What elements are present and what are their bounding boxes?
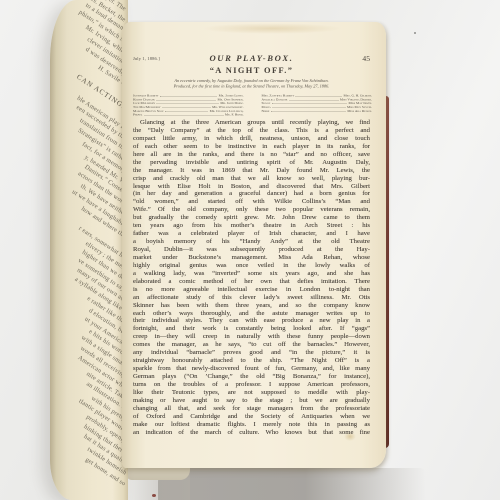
leader-dots (156, 100, 216, 101)
body-line: their individual styles. They can with e… (133, 317, 370, 325)
body-line: making or have aught to say to the stage… (133, 397, 370, 405)
dust-speck (414, 32, 416, 34)
leader-dots (271, 111, 346, 112)
body-line: each other’s ways thoroughly, and the as… (133, 310, 370, 318)
cast-column-right: Mrs. Zantippa BabbittMrs. G. H. Gilbert.… (262, 94, 373, 117)
body-line: straightway honourably attached to the s… (133, 357, 370, 365)
cast-actor: Miss Ada Rehan. (347, 109, 372, 113)
body-line: like their Teutonic types, are not suppo… (133, 389, 370, 397)
leader-dots (160, 96, 217, 97)
leader-dots (162, 108, 211, 109)
left-page-curled: t.ekeeper. Thed Mrs. Becket, theto a lou… (50, 0, 128, 500)
body-line: of each other seem to be instinctive in … (133, 143, 370, 151)
body-line: ten years ago from his mother’s theatre … (133, 222, 370, 230)
table-shadow (158, 468, 426, 500)
body-line: elaborated a comic method of her own tha… (133, 278, 370, 286)
body-line: Royal, Dublin—it was subsequently produc… (133, 246, 370, 254)
body-line: sparkle from that newly-discovered fount… (133, 365, 370, 373)
open-book-photo: t.ekeeper. Thed Mrs. Becket, theto a lou… (0, 0, 500, 500)
body-line: is no more agreeable intellectual exerci… (133, 286, 370, 294)
body-line: (in her day and generation a graceful da… (133, 190, 370, 198)
article-subtitle: An eccentric comedy, by Augustin Daly, f… (133, 78, 370, 89)
body-line: crisp and crackly old man that we all kn… (133, 175, 370, 183)
body-line: “old women,” and started off with Wilkie… (133, 198, 370, 206)
body-line: Skinner has been with them three years, … (133, 302, 370, 310)
leader-dots (144, 115, 224, 116)
page-number: 45 (348, 54, 370, 63)
dust-speck (152, 494, 156, 497)
body-line: market under Buckstone’s management. Mis… (133, 254, 370, 262)
body-line: a walking lady, was “inverted” some six … (133, 270, 370, 278)
body-line: fortnight, and their work is constantly … (133, 325, 370, 333)
right-page: July 1, 1886.] OUR PLAY-BOX. 45 “A NIGHT… (122, 22, 386, 468)
body-line: Glancing at the three American groups un… (133, 119, 370, 127)
cast-list: Justinian BabbittMr. James Lewis.Harry D… (133, 94, 372, 117)
article-body: Glancing at the three American groups un… (133, 119, 370, 437)
leader-dots (272, 108, 345, 109)
body-line: compact little army, in which drill, nea… (133, 135, 370, 143)
body-line: of Oxford and Cambridge and the Society … (133, 413, 370, 421)
article-title: “A NIGHT OFF.” (133, 66, 370, 75)
leader-dots (272, 104, 347, 105)
body-line: an affectionate study of this clever lad… (133, 294, 370, 302)
body-line: a boyish memory of his “Handy Andy” at t… (133, 238, 370, 246)
body-line: but gradually the comedy spirit grew. Mr… (133, 214, 370, 222)
cast-column-left: Justinian BabbittMr. James Lewis.Harry D… (133, 94, 244, 117)
body-line: turns on the troubles of a professor. I … (133, 381, 370, 389)
body-line: an indication of the march of culture. W… (133, 429, 370, 437)
cast-role: Prowl (133, 113, 142, 117)
body-line: comes the manager, as he says, “to cut o… (133, 341, 370, 349)
body-line: changing all that, and seek for stage ma… (133, 405, 370, 413)
body-line: creep in—they will creep in naturally wi… (133, 333, 370, 341)
cast-row: ProwlMr. F. Bond. (133, 113, 244, 117)
body-line: father was a celebrated player of Irish … (133, 230, 370, 238)
subtitle-line-2: Produced, for the first time in England,… (133, 84, 370, 90)
body-line: German plays (“On ’Change,” the old “Big… (133, 373, 370, 381)
leader-dots (296, 96, 342, 97)
body-line: make our loftiest dramatic flights. I me… (133, 421, 370, 429)
body-line: the pervading invisible and untiring spi… (133, 159, 370, 167)
body-line: highly original genius was once veiled i… (133, 262, 370, 270)
cast-row: NisbeMiss Ada Rehan. (262, 109, 373, 113)
page-stain (202, 23, 342, 34)
leader-dots (289, 100, 338, 101)
body-line: the manager. It was in 1869 that Mr. Dal… (133, 167, 370, 175)
body-line: the “Daly Company” at the top of the cla… (133, 127, 370, 135)
body-line: here all are in the ranks, and there is … (133, 151, 370, 159)
body-line: Wife.” Of the old company, only these tw… (133, 206, 370, 214)
running-title: OUR PLAY-BOX. (133, 53, 370, 63)
cast-actor: Mr. F. Bond. (225, 113, 244, 117)
cast-role: Nisbe (262, 109, 270, 113)
body-line: lesque with Elise Holt in Boston, and di… (133, 183, 370, 191)
leader-dots (157, 104, 219, 105)
leader-dots (165, 111, 208, 112)
body-line: any individual “barnacle” proves good an… (133, 349, 370, 357)
